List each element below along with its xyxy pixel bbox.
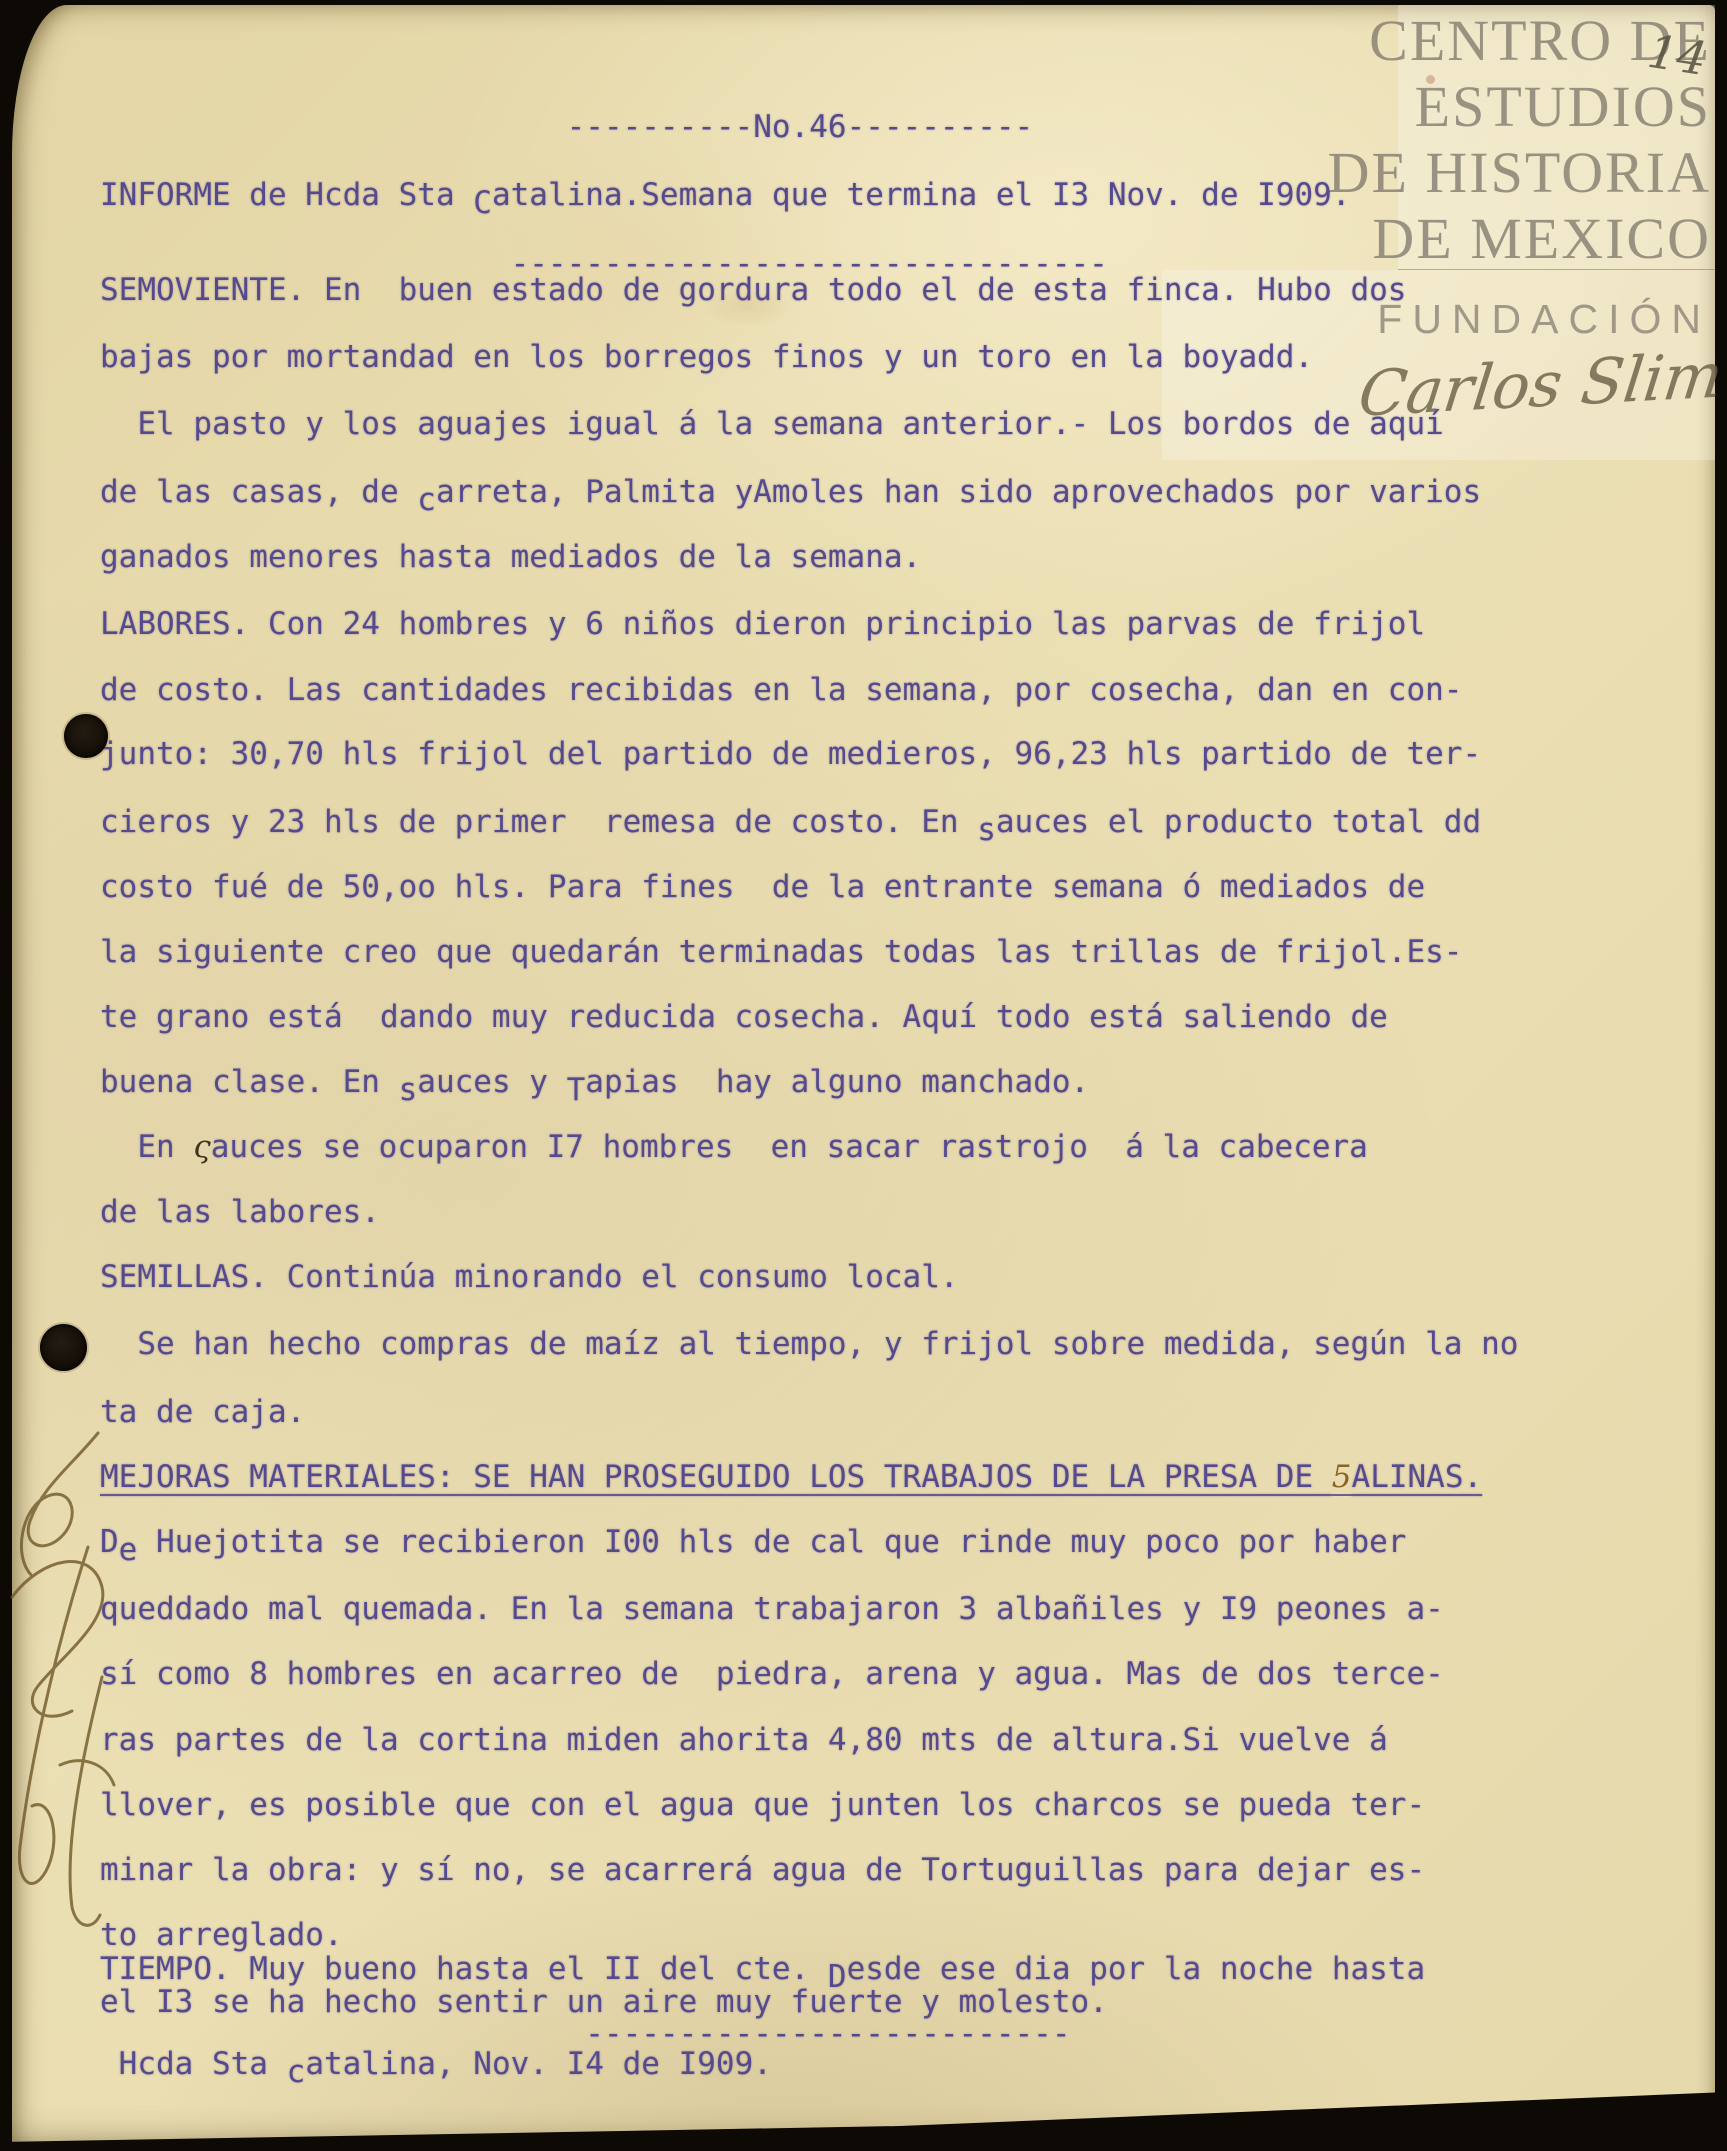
typed-line: El pasto y los aguajes igual á la semana… <box>100 406 1444 442</box>
typed-line: TIEMPO. Muy bueno hasta el II del cte. D… <box>100 1951 1425 1987</box>
typed-line: minar la obra: y sí no, se acarrerá agua… <box>100 1852 1425 1888</box>
typed-line: el I3 se ha hecho sentir un aire muy fue… <box>100 1984 1108 2020</box>
typed-line: queddado mal quemada. En la semana traba… <box>100 1591 1444 1627</box>
hole-punch-top <box>64 714 108 758</box>
typed-line: SEMILLAS. Continúa minorando el consumo … <box>100 1259 959 1295</box>
typed-line: ras partes de la cortina miden ahorita 4… <box>100 1722 1388 1758</box>
typed-line: Hcda Sta catalina, Nov. I4 de I909. <box>100 2046 772 2082</box>
handwritten-margin-scrawl <box>2 1425 134 1945</box>
typed-line: De Huejotita se recibieron I00 hls de ca… <box>100 1524 1406 1560</box>
typed-line: to arreglado. <box>100 1917 343 1953</box>
typed-line: de costo. Las cantidades recibidas en la… <box>100 672 1462 708</box>
typed-line: junto: 30,70 hls frijol del partido de m… <box>100 736 1481 772</box>
typed-line: cieros y 23 hls de primer remesa de cost… <box>100 804 1481 840</box>
typed-line: costo fué de 50,oo hls. Para fines de la… <box>100 869 1425 905</box>
typed-line: En ςauces se ocuparon I7 hombres en saca… <box>100 1129 1368 1165</box>
typed-line: INFORME de Hcda Sta Catalina.Semana que … <box>100 177 1350 213</box>
typed-line: sí como 8 hombres en acarreo de piedra, … <box>100 1656 1444 1692</box>
typed-line: Se han hecho compras de maíz al tiempo, … <box>100 1326 1518 1362</box>
typed-line: ganados menores hasta mediados de la sem… <box>100 539 921 575</box>
typed-line: bajas por mortandad en los borregos fino… <box>100 339 1313 375</box>
typed-line: ----------No.46---------- <box>100 109 1033 145</box>
typed-line: de las casas, de carreta, Palmita yAmole… <box>100 474 1481 510</box>
typed-text: ----------No.46----------INFORME de Hcda… <box>0 0 1727 2151</box>
hole-punch-bottom <box>40 1324 87 1371</box>
typed-line: te grano está dando muy reducida cosecha… <box>100 999 1388 1035</box>
typed-line: buena clase. En sauces y Tapias hay algu… <box>100 1064 1089 1100</box>
typed-line: la siguiente creo que quedarán terminada… <box>100 934 1462 970</box>
typed-line: SEMOVIENTE. En buen estado de gordura to… <box>100 272 1406 308</box>
scan-background: { "watermark": { "lines": ["CENTRO DE", … <box>0 0 1727 2151</box>
typed-line: LABORES. Con 24 hombres y 6 niños dieron… <box>100 606 1425 642</box>
typed-line: llover, es posible que con el agua que j… <box>100 1787 1425 1823</box>
typed-line: de las labores. <box>100 1194 380 1230</box>
typed-line: MEJORAS MATERIALES: SE HAN PROSEGUIDO LO… <box>100 1459 1482 1495</box>
